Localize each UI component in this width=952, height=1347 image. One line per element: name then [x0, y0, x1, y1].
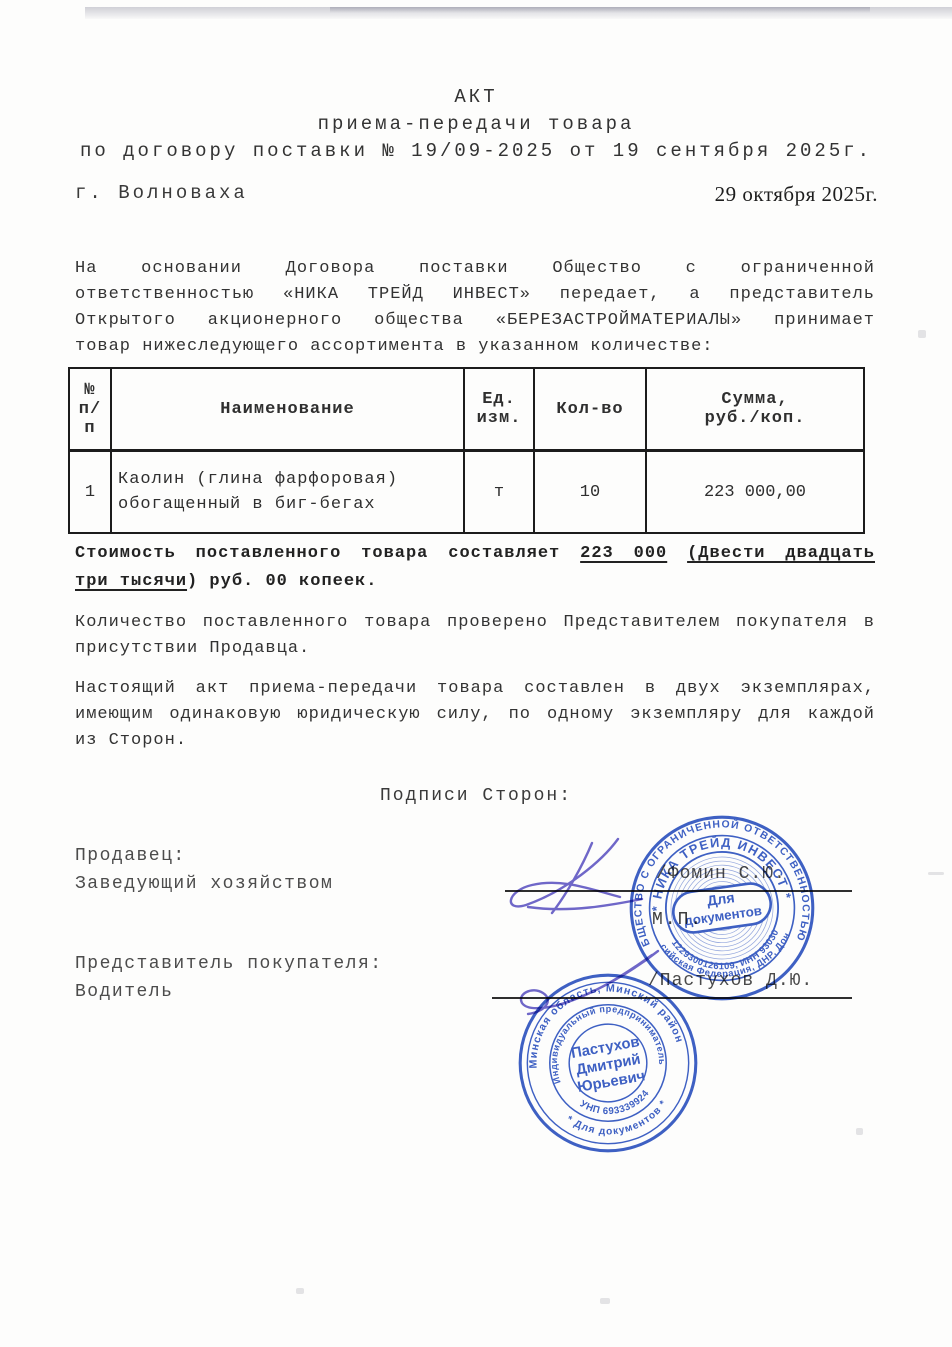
buyer-role: Водитель — [75, 978, 383, 1006]
cell-qty: 10 — [534, 451, 646, 534]
scan-speck — [856, 1128, 863, 1135]
title-line-akt: АКТ — [0, 84, 952, 111]
intro-paragraph: На основании Договора поставки Общество … — [75, 256, 875, 360]
col-header-num: № п/п — [69, 368, 111, 451]
col-header-name: Наименование — [111, 368, 464, 451]
buyer-block: Представитель покупателя: Водитель — [75, 950, 383, 1006]
buyer-label: Представитель покупателя: — [75, 950, 383, 978]
cost-words-2: три тысячи — [75, 572, 187, 591]
cost-line-1: Стоимость поставленного товара составляе… — [75, 540, 875, 568]
intro-line: товар нижеследующего ассортимента в указ… — [75, 334, 875, 360]
scan-speck — [918, 330, 926, 338]
intro-line: На основании Договора поставки Общество … — [75, 256, 875, 282]
seller-role: Заведующий хозяйством — [75, 870, 333, 898]
col-header-unit: Ед. изм. — [464, 368, 534, 451]
cell-sum: 223 000,00 — [646, 451, 864, 534]
cell-unit: т — [464, 451, 534, 534]
intro-line: ответственностью «НИКА ТРЕЙД ИНВЕСТ» пер… — [75, 282, 875, 308]
city-date-row: г. Волноваха 29 октября 2025г. — [75, 182, 878, 207]
goods-table-row: 1 Каолин (глина фарфоровая) обогащенный … — [69, 451, 864, 534]
goods-table: № п/п Наименование Ед. изм. Кол-во Сумма… — [68, 367, 865, 534]
cost-amount: 223 000 — [580, 544, 667, 563]
document-page: АКТ приема-передачи товара по договору п… — [0, 0, 952, 1347]
seller-signature-ink — [511, 839, 620, 906]
buyer-round-stamp: Минская область, Минский район * Для док… — [511, 966, 705, 1160]
col-header-sum: Сумма, руб./коп. — [646, 368, 864, 451]
copies-paragraph: Настоящий акт приема-передачи товара сос… — [75, 676, 875, 754]
intro-line: Открытого акционерного общества «БЕРЕЗАС… — [75, 308, 875, 334]
seller-label: Продавец: — [75, 842, 333, 870]
title-line-subject: приема-передачи товара — [0, 111, 952, 138]
cell-name: Каолин (глина фарфоровая) обогащенный в … — [111, 451, 464, 534]
date-label: 29 октября 2025г. — [715, 182, 878, 207]
scan-speck — [928, 872, 944, 875]
scan-speck — [296, 1288, 304, 1294]
cost-line-2: три тысячи) руб. 00 копеек. — [75, 568, 875, 596]
cost-words-1: (Двести двадцать — [687, 544, 875, 563]
cost-statement: Стоимость поставленного товара составляе… — [75, 540, 875, 596]
scan-artifact-band-dark — [330, 7, 870, 13]
quantity-paragraph: Количество поставленного товара проверен… — [75, 610, 875, 662]
cell-num: 1 — [69, 451, 111, 534]
scan-speck — [600, 1298, 610, 1304]
title-line-contract: по договору поставки № 19/09-2025 от 19 … — [0, 138, 952, 165]
seller-block: Продавец: Заведующий хозяйством — [75, 842, 333, 898]
city-label: г. Волноваха — [75, 182, 248, 204]
col-header-qty: Кол-во — [534, 368, 646, 451]
goods-table-header-row: № п/п Наименование Ед. изм. Кол-во Сумма… — [69, 368, 864, 451]
signatures-heading: Подписи Сторон: — [0, 786, 952, 806]
document-title: АКТ приема-передачи товара по договору п… — [0, 84, 952, 165]
